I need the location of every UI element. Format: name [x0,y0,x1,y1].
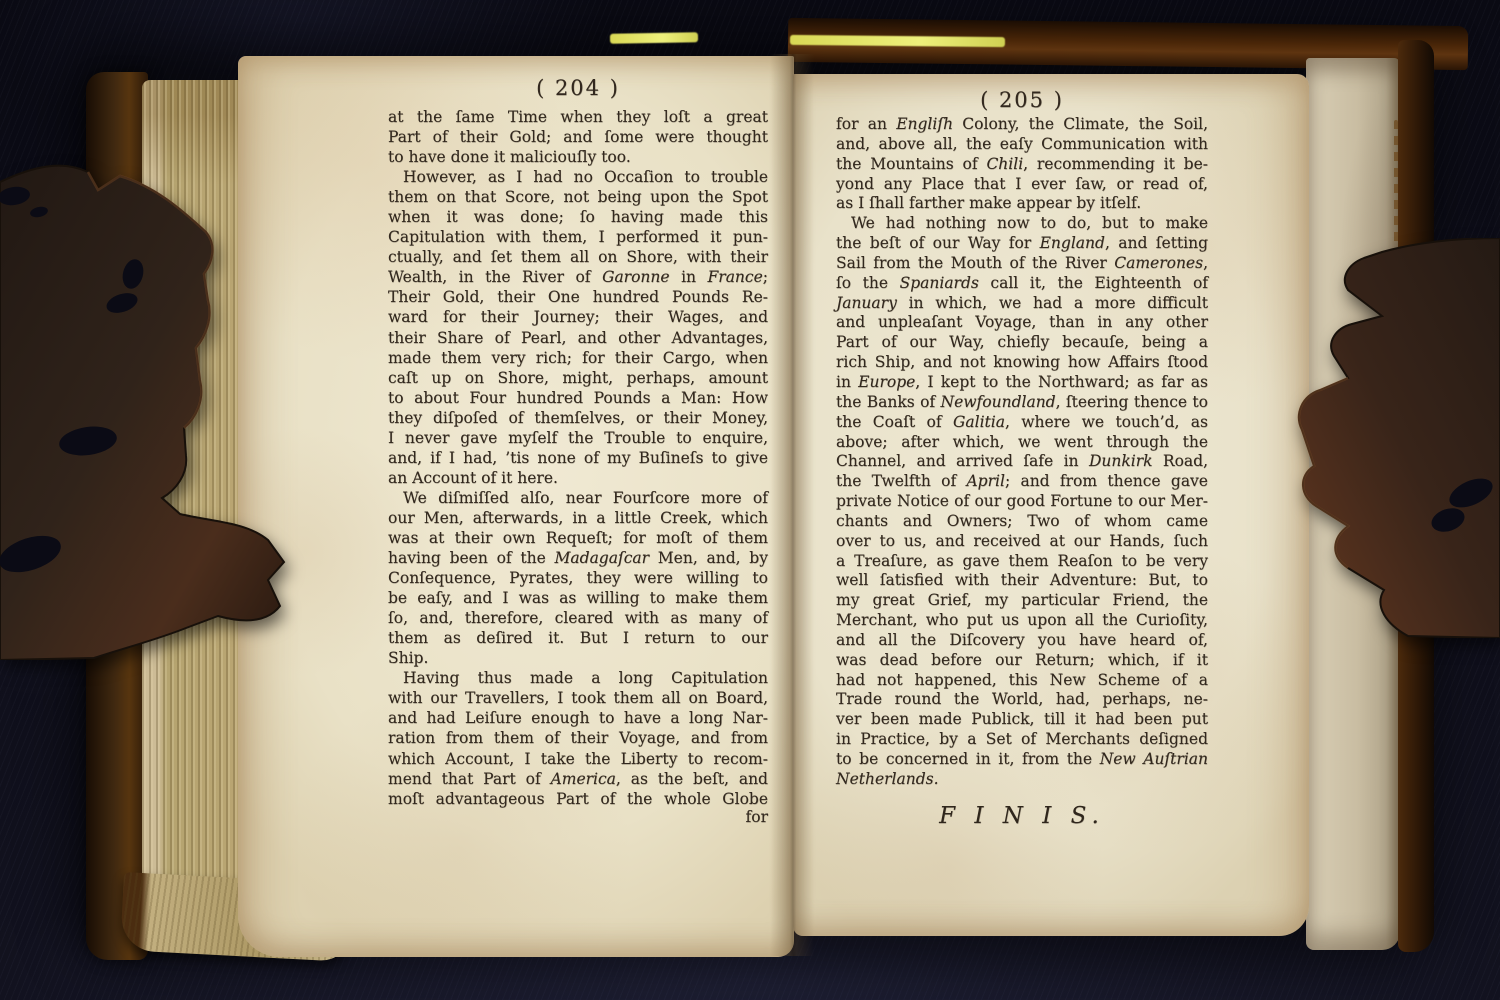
text-line: my great Grief, my particular Friend, th… [836,591,1208,611]
text-line: I never gave myſelf the Trouble to enqui… [388,428,768,448]
text-line: above; after which, we went through the [836,433,1208,453]
book-photograph: ( 204 ) at the ſame Time when they loſt … [0,0,1500,1000]
italic-text: Europe [858,373,915,391]
text-line: mend that Part of America, as the beſt, … [388,769,768,789]
italic-text: Newfoundland [941,393,1056,411]
text-line: they diſpoſed of themſelves, or their Mo… [388,408,768,428]
text-line: Trade round the World, had, perhaps, ne- [836,690,1208,710]
page-number-right: ( 205 ) [836,88,1208,112]
text-line: the beſt of our Way for England, and ſet… [836,234,1208,254]
text-line: the Twelfth of April; and from thence ga… [836,472,1208,492]
text-line: was at their own Requeſt; for moſt of th… [388,528,768,548]
italic-text: Camerones [1114,254,1203,272]
text-line: Having thus made a long Capitulation [388,668,768,688]
text-line: ctually, and ſet them all on Shore, with… [388,247,768,267]
italic-text: England [1040,234,1105,252]
text-line: over to us, and received at our Hands, ſ… [836,532,1208,552]
text-line: and, above all, the eaſy Communication w… [836,135,1208,155]
text-line: had not happened, this New Scheme of a [836,671,1208,691]
text-line: Channel, and arrived ſafe in Dunkirk Roa… [836,452,1208,472]
italic-text: Madagaſcar [555,549,650,567]
text-line: the Mountains of Chili, recommending it … [836,155,1208,175]
text-line: a Treaſure, as gave them Reaſon to be ve… [836,552,1208,572]
text-line: ver been made Publick, till it had been … [836,710,1208,730]
text-line: be eaſy, and I was as willing to make th… [388,588,768,608]
text-line: Netherlands. [836,770,1208,790]
text-line: Wealth, in the River of Garonne in Franc… [388,267,768,287]
text-line: our Men, afterwards, in a little Creek, … [388,508,768,528]
italic-text: Chili [986,155,1023,173]
text-line: in Practice, by a Set of Merchants deſig… [836,730,1208,750]
text-line: an Account of it here. [388,468,768,488]
text-line: and unpleaſant Voyage, than in any other [836,313,1208,333]
text-line: ſo the Spaniards call it, the Eighteenth… [836,274,1208,294]
text-line: Part of their Gold; and ſome were though… [388,127,768,147]
text-line: in Europe, I kept to the Northward; as f… [836,373,1208,393]
metal-clasp-left-icon [0,160,300,660]
right-page-text: for an Engliſh Colony, the Climate, the … [836,115,1208,790]
italic-text: April [966,472,1004,490]
text-line: Their Gold, their One hundred Pounds Re- [388,287,768,307]
text-line: Merchant, who put us upon all the Curioſ… [836,611,1208,631]
page-number-left: ( 204 ) [388,76,768,100]
text-line: However, as I had no Occaſion to trouble [388,167,768,187]
italic-text: Spaniards [900,274,979,292]
italic-text: Netherlands. [836,770,939,788]
text-line: as I ſhall farther make appear by itſelf… [836,194,1208,214]
metal-clasp-right-icon [1290,238,1500,638]
text-line: We diſmiſſed alſo, near Fourſcore more o… [388,488,768,508]
text-line: ration from them of their Voyage, and fr… [388,728,768,748]
text-line: Part of our Way, chiefly becauſe, being … [836,333,1208,353]
text-line: ſo, and, therefore, cleared with as many… [388,608,768,628]
text-line: the Banks of Newfoundland, ſteering then… [836,393,1208,413]
italic-text: New Auſtrian [1100,750,1208,768]
italic-text: France [708,268,763,286]
text-line: having been of the Madagaſcar Men, and, … [388,548,768,568]
italic-text: January [836,294,897,312]
text-line: well ſatisfied with their Adventure: But… [836,571,1208,591]
text-line: their Share of Pearl, and other Advantag… [388,328,768,348]
italic-text: Garonne [602,268,670,286]
text-line: the Coaſt of Galitia, where we touch’d, … [836,413,1208,433]
left-page-text: at the ſame Time when they loſt a greatP… [388,107,768,809]
text-line: Capitulation with them, I performed it p… [388,227,768,247]
text-line: for an Engliſh Colony, the Climate, the … [836,115,1208,135]
text-line: and, if I had, ’tis none of my Buſineſs … [388,448,768,468]
text-line: with our Travellers, I took them all on … [388,688,768,708]
catchword: for [388,808,768,826]
text-line: January in which, we had a more difficul… [836,294,1208,314]
italic-text: America [551,770,616,788]
text-line: them as deſired it. But I return to our [388,628,768,648]
text-line: them on that Score, not being upon the S… [388,187,768,207]
text-line: We had nothing now to do, but to make [836,214,1208,234]
text-line: rich Ship, and not knowing how Affairs ſ… [836,353,1208,373]
italic-text: Galitia [953,413,1005,431]
text-line: Ship. [388,648,768,668]
gilt-edge-highlight-left [610,32,698,44]
text-line: at the ſame Time when they loſt a great [388,107,768,127]
text-line: which Account, I take the Liberty to rec… [388,749,768,769]
text-line: Conſequence, Pyrates, they were willing … [388,568,768,588]
text-line: and all the Diſcovery you have heard of, [836,631,1208,651]
text-line: to have done it maliciouſly too. [388,147,768,167]
text-line: when it was done; ſo having made this [388,207,768,227]
text-line: Sail from the Mouth of the River Cameron… [836,254,1208,274]
finis-text: F I N I S. [836,803,1208,829]
text-line: was dead before our Return; which, if it [836,651,1208,671]
italic-text: Engliſh [896,115,953,133]
text-line: chants and Owners; Two of whom came [836,512,1208,532]
text-line: made them very rich; for their Cargo, wh… [388,348,768,368]
text-line: to be concerned in it, from the New Auſt… [836,750,1208,770]
text-line: moſt advantageous Part of the whole Glob… [388,789,768,809]
italic-text: Dunkirk [1089,452,1153,470]
text-line: to about Four hundred Pounds a Man: How [388,388,768,408]
text-line: caſt up on Shore, might, perhaps, amount [388,368,768,388]
text-line: yond any Place that I ever ſaw, or read … [836,175,1208,195]
text-line: private Notice of our good Fortune to ou… [836,492,1208,512]
text-line: ward for their Journey; their Wages, and [388,307,768,327]
text-line: and had Leiſure enough to have a long Na… [388,708,768,728]
